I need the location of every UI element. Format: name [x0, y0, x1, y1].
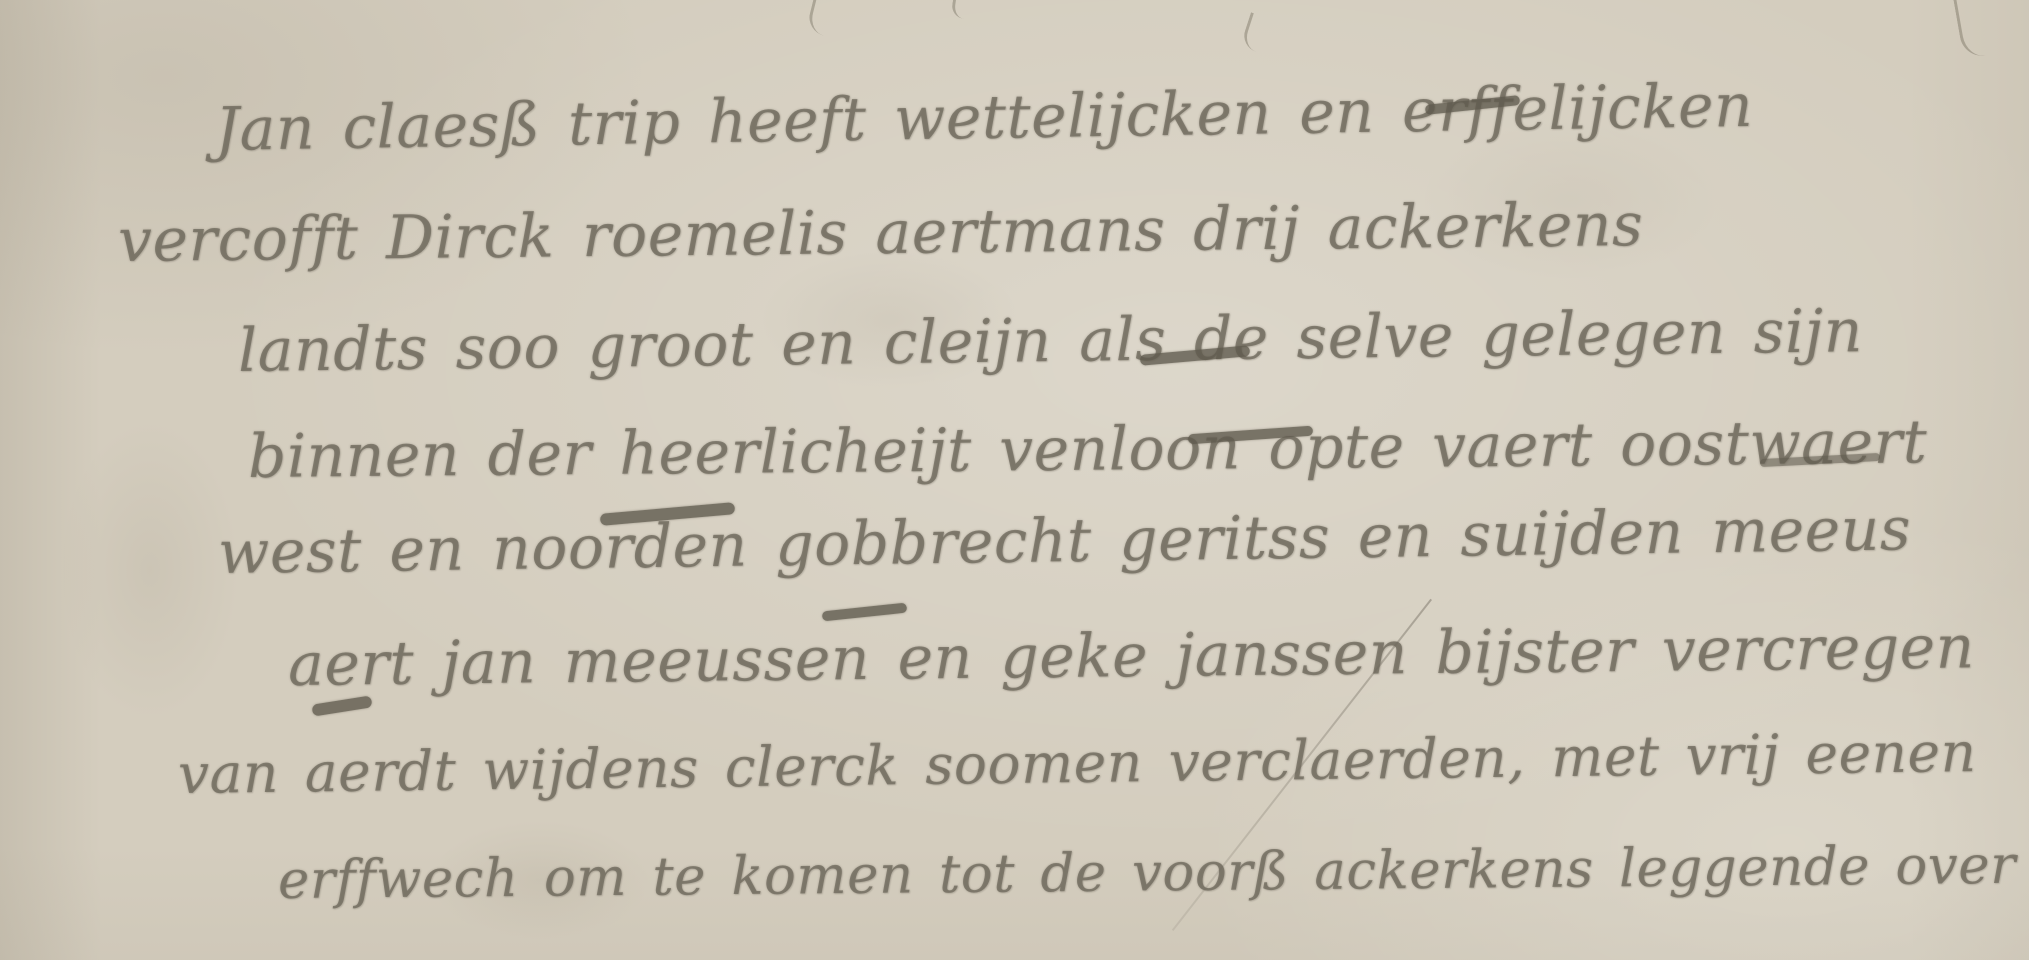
manuscript-line-1: Jan claesß trip heeft wettelijcken en er…: [214, 71, 1753, 165]
manuscript-line-4: binnen der heerlicheijt venloon opte vae…: [248, 407, 1928, 492]
paper-smudge: [60, 420, 240, 720]
manuscript-line-2: vercofft Dirck roemelis aertmans drij ac…: [118, 190, 1644, 276]
ink-macron-mark: [822, 603, 908, 622]
manuscript-line-8: erffwech om te komen tot de voorß ackerk…: [278, 835, 2016, 911]
manuscript-page: Jan claesß trip heeft wettelijcken en er…: [0, 0, 2029, 960]
cropped-descender-stroke: [1240, 12, 1267, 51]
cropped-descender-stroke: [951, 0, 967, 19]
manuscript-line-6: aert jan meeussen en geke janssen bijste…: [288, 612, 1975, 700]
manuscript-line-7: van aerdt wijdens clerck soomen verclaer…: [178, 720, 1977, 806]
cropped-descender-stroke: [1952, 0, 1986, 59]
manuscript-line-3: landts soo groot en cleijn als de selve …: [238, 296, 1864, 386]
manuscript-line-5: west en noorden gobbrecht geritss en sui…: [218, 494, 1912, 588]
cropped-descender-stroke: [805, 0, 833, 36]
